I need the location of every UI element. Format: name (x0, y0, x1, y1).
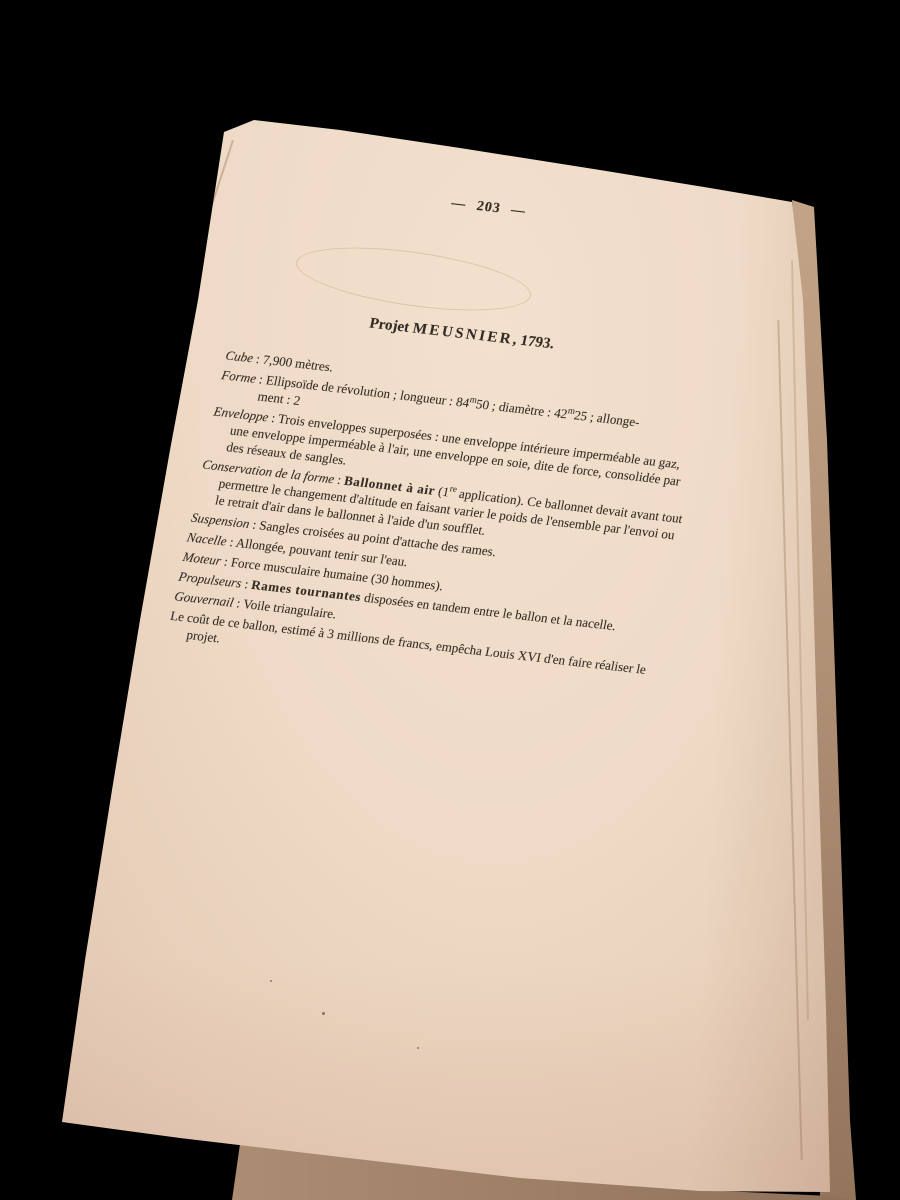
title-word-projet: Projet (368, 316, 415, 337)
entry-label: Suspension (190, 510, 251, 531)
title-name-meusnier: MEUSNIER (411, 321, 515, 348)
spec-list: Cube : 7,900 mètres. Forme : Ellipsoïde … (165, 347, 709, 696)
title-year: , 1793. (511, 332, 555, 352)
entry-label: Nacelle (186, 529, 229, 548)
entry-label: Enveloppe (212, 404, 270, 425)
photo-background: — 203 — Projet MEUSNIER, 1793. Cube : 7,… (0, 0, 900, 1200)
entry-label: Forme (220, 367, 258, 386)
page-number: — 203 — (231, 171, 746, 245)
paper-speck (322, 1012, 325, 1015)
entry-label: Gouvernail (173, 588, 235, 609)
page-content: — 203 — Projet MEUSNIER, 1793. Cube : 7,… (135, 126, 756, 698)
page-edge-line (777, 320, 802, 1160)
book-page: — 203 — Projet MEUSNIER, 1793. Cube : 7,… (0, 0, 900, 1200)
entry-continuation: ment : 2 (256, 388, 301, 408)
entry-label: Cube (224, 348, 254, 366)
entry-label: Moteur (181, 549, 222, 568)
paper-speck (417, 1047, 419, 1049)
paper-speck (270, 980, 272, 982)
entry-label: Propulseurs (177, 569, 243, 591)
entry-text: 25 ; allonge- (573, 407, 641, 429)
